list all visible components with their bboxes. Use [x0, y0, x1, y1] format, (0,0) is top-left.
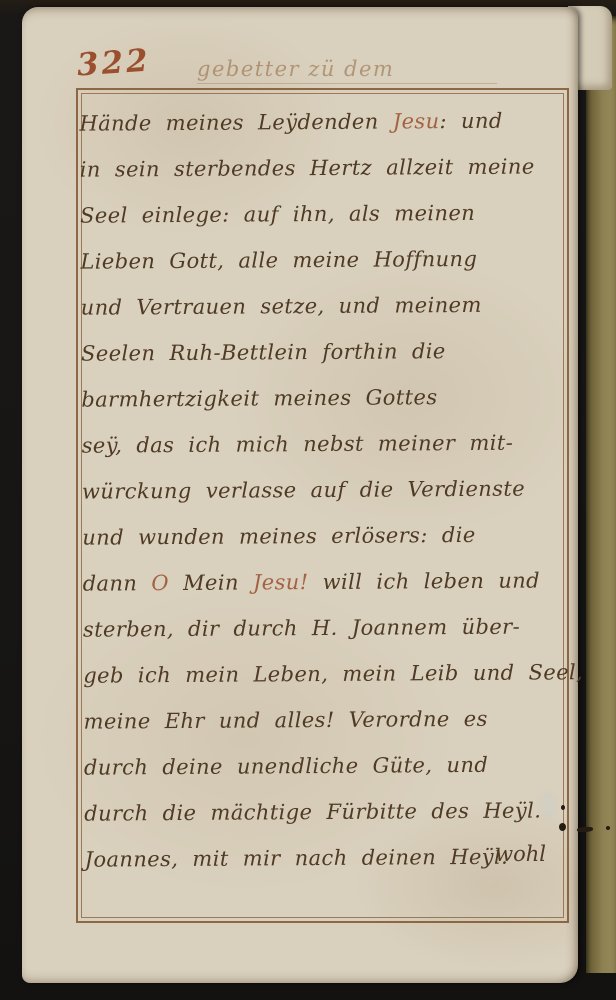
- ink-text: Seelen Ruh-Bettlein forthin die: [81, 339, 446, 366]
- manuscript-line: sterben, dir durch H. Joannem über-: [83, 603, 561, 652]
- ink-text: meine Ehr und alles! Verordne es: [84, 707, 488, 734]
- manuscript-line: geb ich mein Leben, mein Leib und Seel,: [83, 649, 561, 698]
- manuscript-line: dann O Mein Jesu! will ich leben und: [82, 557, 560, 606]
- ink-text: in sein sterbendes Hertz allzeit meine: [80, 155, 535, 182]
- ink-text: durch die mächtige Fürbitte des Heÿl.: [84, 798, 541, 825]
- ink-spot: [561, 805, 565, 810]
- red-ink-word: O: [151, 571, 169, 595]
- ink-text: Lieben Gott, alle meine Hoffnung: [80, 247, 477, 274]
- ink-text: und Vertrauen setze, und meinem: [81, 293, 482, 320]
- ink-spot: [559, 823, 566, 831]
- ink-text: seÿ, das ich mich nebst meiner mit-: [82, 431, 514, 458]
- ink-text: würckung verlasse auf die Verdienste: [82, 477, 525, 504]
- manuscript-page: 322 gebetter zü dem Hände meines Leÿdend…: [22, 7, 578, 983]
- red-ink-word: Jesu!: [253, 570, 309, 594]
- ink-text: barmhertzigkeit meines Gottes: [81, 385, 437, 411]
- manuscript-line: durch deine unendliche Güte, und: [84, 741, 562, 790]
- manuscript-line: Hände meines Leÿdenden Jesu: und: [79, 97, 557, 146]
- page-number: 322: [76, 42, 152, 83]
- manuscript-line: durch die mächtige Fürbitte des Heÿl.: [84, 787, 562, 836]
- text-block: Hände meines Leÿdenden Jesu: undin sein …: [79, 97, 562, 882]
- ink-text: Mein: [169, 570, 253, 595]
- manuscript-line: und Vertrauen setze, und meinem: [81, 281, 559, 330]
- ink-text: Joannes, mit mir nach deinen Heÿl.: [84, 845, 508, 872]
- catchword: wohl: [495, 842, 546, 866]
- ink-text: Seel einlege: auf ihn, als meinen: [80, 201, 475, 228]
- running-header: gebetter zü dem: [197, 57, 497, 84]
- ink-text: sterben, dir durch H. Joannem über-: [83, 615, 520, 642]
- manuscript-line: Seel einlege: auf ihn, als meinen: [80, 189, 558, 238]
- ink-text: will ich leben und: [308, 568, 540, 594]
- manuscript-line: Lieben Gott, alle meine Hoffnung: [80, 235, 558, 284]
- ink-text: dann: [83, 571, 152, 595]
- manuscript-line: meine Ehr und alles! Verordne es: [83, 695, 561, 744]
- red-ink-word: Jesu: [393, 109, 440, 133]
- manuscript-line: seÿ, das ich mich nebst meiner mit-: [82, 419, 560, 468]
- manuscript-line: in sein sterbendes Hertz allzeit meine: [80, 143, 558, 192]
- ink-text: : und: [439, 109, 502, 133]
- ink-smudge: [540, 792, 556, 818]
- ink-spot: [606, 826, 610, 830]
- ink-text: geb ich mein Leben, mein Leib und Seel,: [83, 660, 583, 687]
- manuscript-line: barmhertzigkeit meines Gottes: [81, 373, 559, 422]
- manuscript-line: würckung verlasse auf die Verdienste: [82, 465, 560, 514]
- manuscript-line: und wunden meines erlösers: die: [82, 511, 560, 560]
- ink-text: Hände meines Leÿdenden: [79, 109, 392, 135]
- manuscript-line: Joannes, mit mir nach deinen Heÿl.: [84, 833, 562, 882]
- ink-text: und wunden meines erlösers: die: [82, 523, 475, 550]
- ink-text: durch deine unendliche Güte, und: [84, 753, 488, 780]
- manuscript-line: Seelen Ruh-Bettlein forthin die: [81, 327, 559, 376]
